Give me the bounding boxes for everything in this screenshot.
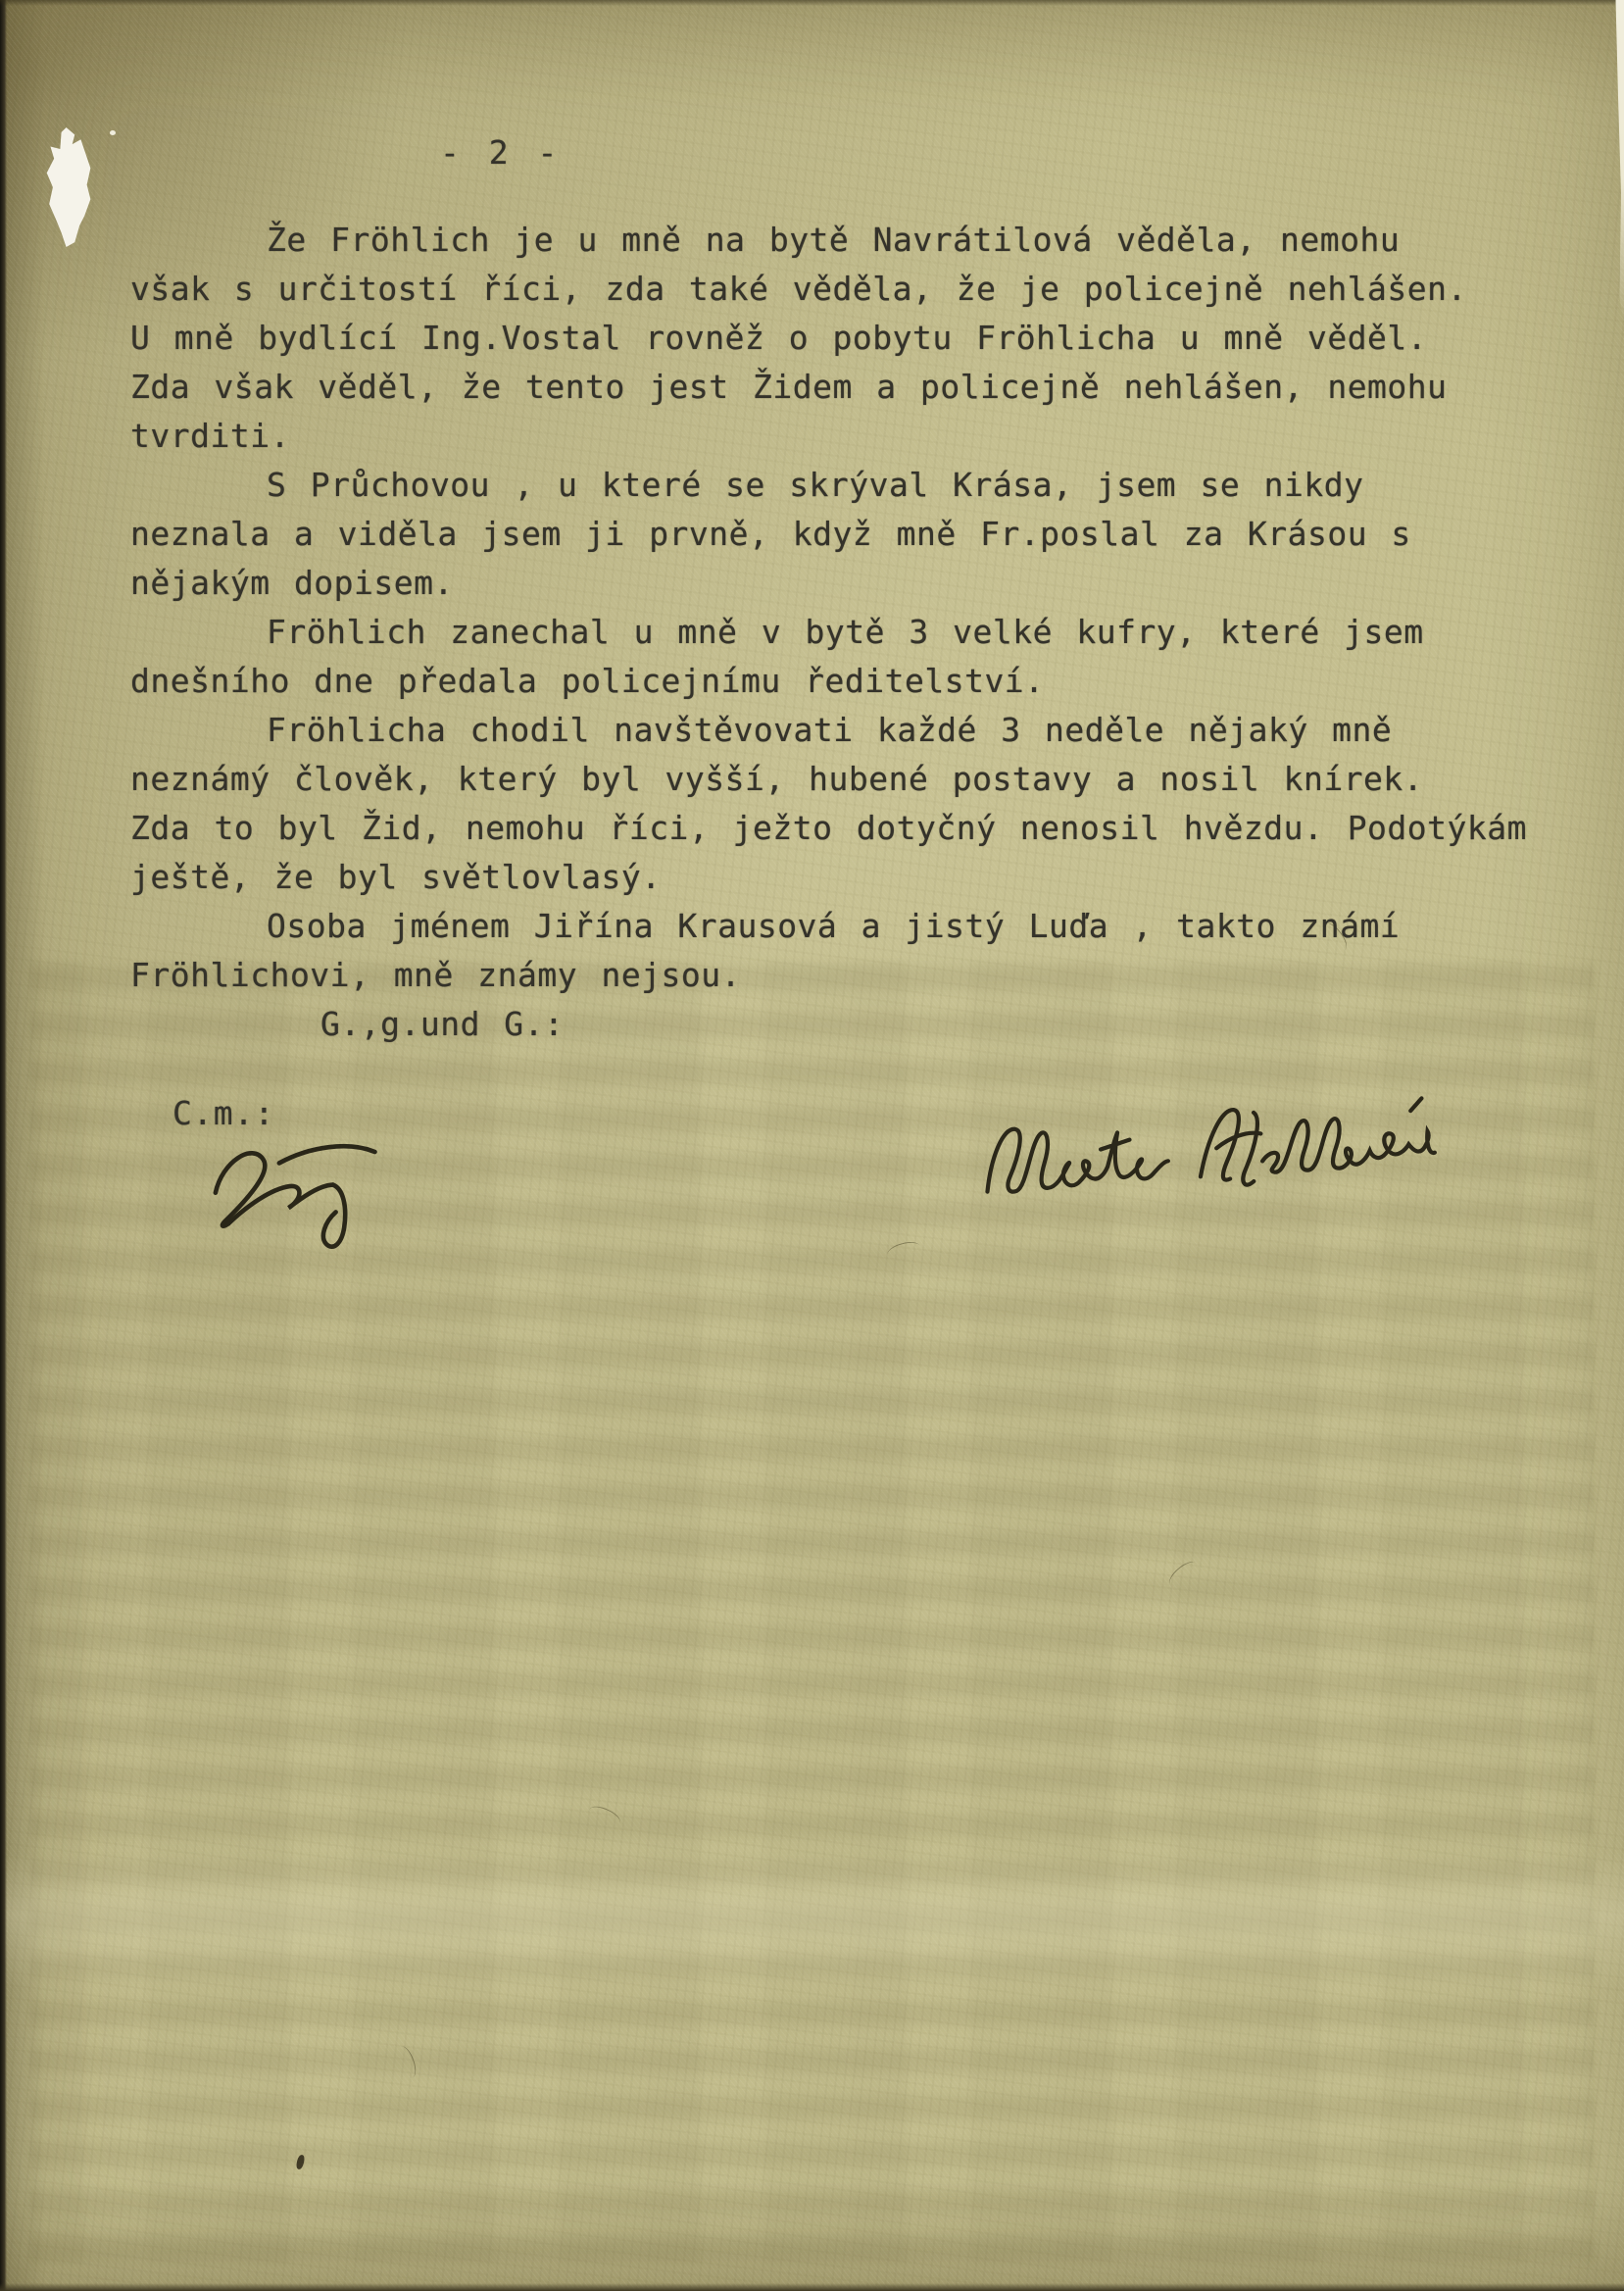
paper-tear-dot [110, 130, 116, 135]
paper-speck [295, 2154, 305, 2169]
scan-edge-bottom [0, 2283, 1624, 2291]
paper-fiber [586, 1803, 622, 1830]
text-line: G.,g.und G.: [130, 1000, 1561, 1049]
scan-edge-top [0, 0, 1624, 6]
text-line: neznala a viděla jsem ji prvně, když mně… [130, 510, 1561, 559]
scan-edge-left [0, 0, 7, 2291]
text-line: ještě, že byl světlovlasý. [130, 853, 1561, 902]
paper-fiber [394, 2044, 419, 2080]
text-line: neznámý člověk, který byl vyšší, hubené … [130, 755, 1561, 804]
text-line: dnešního dne předala policejnímu ředitel… [130, 657, 1561, 706]
text-line: nějakým dopisem. [130, 559, 1561, 608]
paper-tear-spot [43, 127, 104, 247]
left-signature-handwriting [192, 1126, 393, 1266]
text-line: Fröhlichovi, mně známy nejsou. [130, 951, 1561, 1000]
text-line: S Průchovou , u které se skrýval Krása, … [130, 461, 1561, 510]
text-line: Osoba jménem Jiřína Krausová a jistý Luď… [130, 902, 1561, 951]
text-line: U mně bydlící Ing.Vostal rovněž o pobytu… [130, 314, 1561, 363]
paper-fiber [1165, 1558, 1201, 1590]
text-line: však s určitostí říci, zda také věděla, … [130, 265, 1561, 314]
typewritten-lines: Že Fröhlich je u mně na bytě Navrátilová… [130, 216, 1561, 1049]
page-number: - 2 - [440, 133, 558, 172]
scanned-document-page: - 2 - Že Fröhlich je u mně na bytě Navrá… [0, 0, 1624, 2291]
paper-fiber [886, 1239, 922, 1262]
text-line: Zda to byl Žid, nemohu říci, ježto dotyč… [130, 804, 1561, 853]
paper-light-streak [0, 1853, 1624, 1990]
cm-label: C.m.: [172, 1094, 274, 1132]
paper-torn-right-edge [1614, 0, 1624, 324]
text-line: Fröhlich zanechal u mně v bytě 3 velké k… [130, 608, 1561, 657]
text-line: Že Fröhlich je u mně na bytě Navrátilová… [130, 216, 1561, 265]
text-line: Zda však věděl, že tento jest Židem a po… [130, 363, 1561, 412]
right-signature-handwriting [968, 1084, 1441, 1240]
text-line: tvrditi. [130, 412, 1561, 461]
text-line: Fröhlicha chodil navštěvovati každé 3 ne… [130, 706, 1561, 755]
